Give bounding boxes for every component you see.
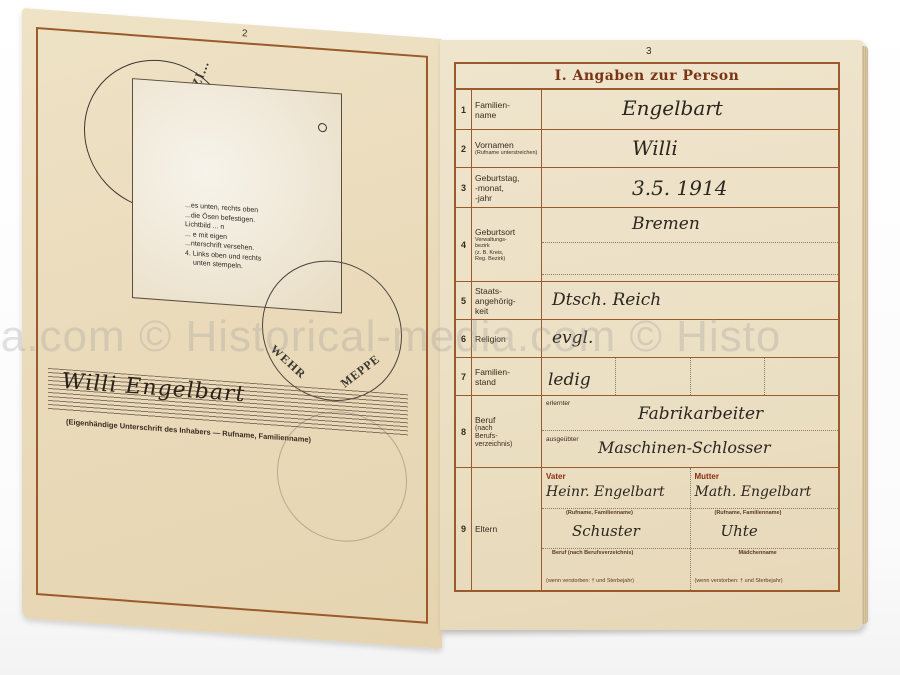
personal-data-form: I. Angaben zur Person 1 Familien- name E… [454,62,840,592]
row-citizenship: 5 Staats- angehörig- keit Dtsch. Reich [456,282,838,320]
citizenship-value: Dtsch. Reich [552,290,661,310]
page-number-left: 2 [242,28,248,39]
father-column: Vater Heinr. Engelbart (Rufname, Familie… [542,468,691,590]
given-names-value: Willi [632,136,678,160]
mother-column: Mutter Math. Engelbart (Rufname, Familie… [691,468,839,590]
learned-occupation-value: Fabrikarbeiter [638,404,763,424]
mother-maiden-name-value: Uhte [721,522,758,540]
row-family-name: 1 Familien- name Engelbart [456,90,838,130]
row-religion: 6 Religion evgl. [456,320,838,358]
birthplace-value: Bremen [632,214,700,234]
birth-date-value: 3.5. 1914 [632,176,727,200]
row-birth-date: 3 Geburtstag, -monat, -jahr 3.5. 1914 [456,168,838,208]
mother-name-value: Math. Engelbart [695,484,812,500]
practiced-occupation-value: Maschinen-Schlosser [598,438,771,457]
religion-value: evgl. [552,328,593,348]
row-given-names: 2 Vornamen(Rufname unterstreichen) Willi [456,130,838,168]
page-number-right: 3 [646,46,652,57]
row-occupation: 8 Beruf(nach Berufs- verzeichnis) erlern… [456,396,838,468]
row-parents: 9 Eltern Vater Heinr. Engelbart (Rufname… [456,468,838,590]
page-stack-edge [862,46,868,624]
right-page: 3 I. Angaben zur Person 1 Familien- name… [440,40,864,630]
marital-status-value: ledig [548,370,591,390]
family-name-value: Engelbart [622,96,723,120]
father-name-value: Heinr. Engelbart [546,484,665,500]
left-page: 2 WEHRBEZIRKSOFFIZI... ...es unten, rech… [22,8,442,649]
row-birthplace: 4 GeburtsortVerwaltungs- bezirk (z. B. K… [456,208,838,282]
row-marital-status: 7 Familien- stand ledig [456,358,838,396]
eyelet-hole-icon [318,123,327,133]
section-title: I. Angaben zur Person [456,64,838,90]
father-occupation-value: Schuster [572,522,640,540]
